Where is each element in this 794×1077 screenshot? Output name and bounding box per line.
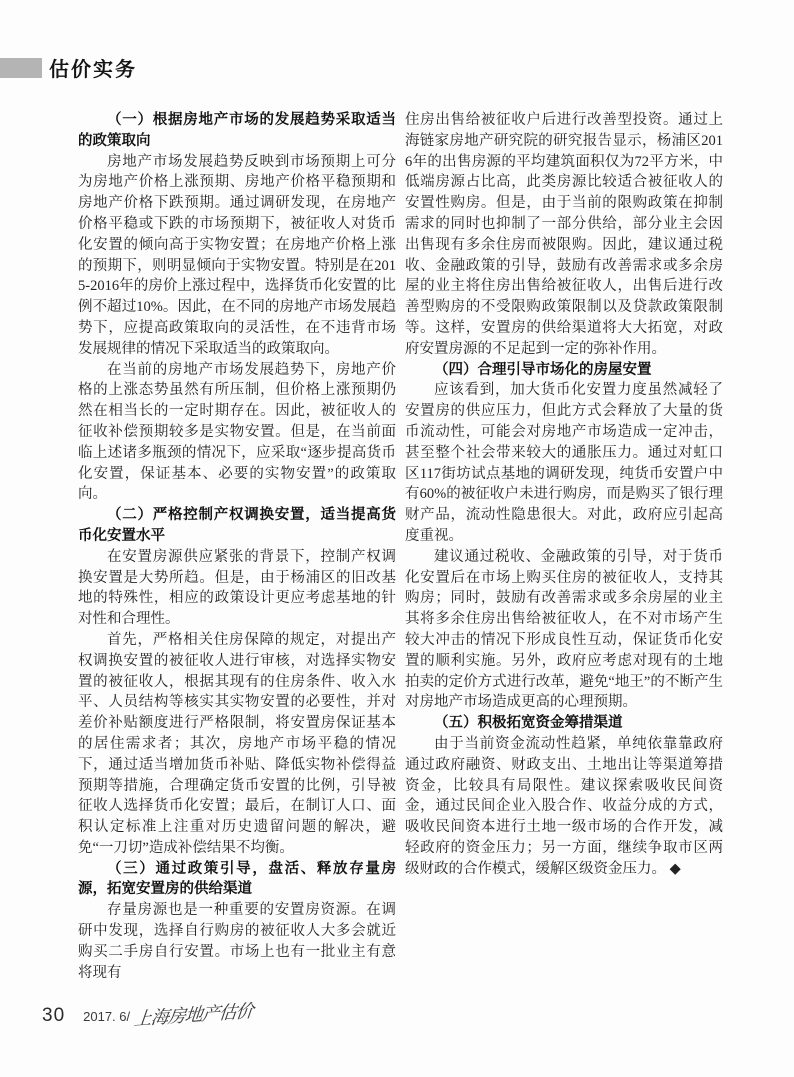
left-column: （一）根据房地产市场的发展趋势采取适当的政策取向 房地产市场发展趋势反映到市场预…	[78, 110, 396, 983]
paragraph-continuation: 住房出售给被征收户后进行改善型投资。通过上海链家房地产研究院的研究报告显示，杨浦…	[405, 110, 723, 360]
page-number: 30	[42, 1005, 65, 1027]
heading-3: （三）通过政策引导，盘活、释放存量房源，拓宽安置房的供给渠道	[78, 859, 396, 901]
heading-1: （一）根据房地产市场的发展趋势采取适当的政策取向	[78, 110, 396, 152]
paragraph: 由于当前资金流动性趋紧，单纯依靠靠政府通过政府融资、财政支出、土地出让等渠道筹措…	[405, 734, 723, 880]
page-footer: 30 2017. 6/ 上海房地产估价	[42, 1001, 253, 1027]
right-column: 住房出售给被征收户后进行改善型投资。通过上海链家房地产研究院的研究报告显示，杨浦…	[405, 110, 723, 983]
heading-5: （五）积极拓宽资金筹措渠道	[405, 713, 723, 734]
paragraph: 建议通过税收、金融政策的引导，对于货币化安置后在市场上购买住房的被征收人，支持其…	[405, 547, 723, 713]
journal-logo-calligraphy: 上海房地产估价	[133, 997, 254, 1032]
page-header: 估价实务	[0, 53, 137, 82]
paragraph: 在安置房源供应紧张的背景下，控制产权调换安置是大势所趋。但是，由于杨浦区的旧改基…	[78, 547, 396, 630]
paragraph: 房地产市场发展趋势反映到市场预期上可分为房地产价格上涨预期、房地产价格平稳预期和…	[78, 152, 396, 360]
journal-page: 估价实务 （一）根据房地产市场的发展趋势采取适当的政策取向 房地产市场发展趋势反…	[0, 0, 794, 1077]
section-title: 估价实务	[49, 53, 137, 82]
issue-date: 2017. 6/	[83, 1009, 130, 1024]
paragraph: 在当前的房地产市场发展趋势下，房地产价格的上涨态势虽然有所压制，但价格上涨预期仍…	[78, 360, 396, 506]
paragraph: 应该看到，加大货币化安置力度虽然减轻了安置房的供应压力，但此方式会释放了大量的货…	[405, 380, 723, 546]
paragraph: 首先，严格相关住房保障的规定，对提出产权调换安置的被征收人进行审核，对选择实物安…	[78, 630, 396, 859]
heading-4: （四）合理引导市场化的房屋安置	[405, 360, 723, 381]
paragraph: 存量房源也是一种重要的安置房资源。在调研中发现，选择自行购房的被征收人大多会就近…	[78, 900, 396, 983]
article-body: （一）根据房地产市场的发展趋势采取适当的政策取向 房地产市场发展趋势反映到市场预…	[78, 110, 723, 983]
header-accent-bar	[0, 58, 42, 78]
heading-2: （二）严格控制产权调换安置，适当提高货币化安置水平	[78, 505, 396, 547]
